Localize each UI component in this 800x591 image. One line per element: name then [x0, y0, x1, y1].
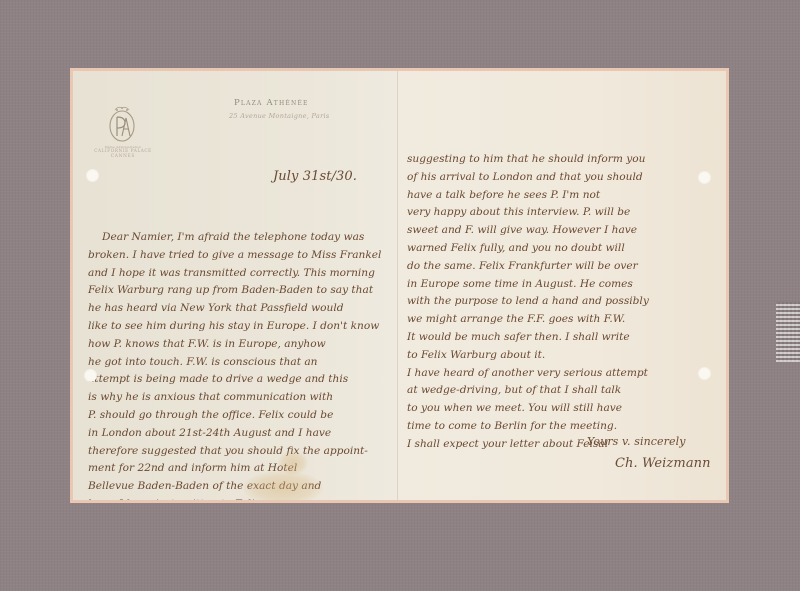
- letter-page-right: suggesting to him that he should inform …: [397, 71, 726, 500]
- handwritten-line: in London about 21st-24th August and I h…: [88, 425, 381, 443]
- letterhead-hotel-name: Plaza Athénée: [234, 98, 309, 108]
- handwritten-line: broken. I have tried to give a message t…: [88, 247, 381, 265]
- handwritten-line: to you when we meet. You will still have: [407, 400, 649, 418]
- handwritten-line: Bellevue Baden-Baden of the exact day an…: [88, 478, 381, 496]
- handwritten-line: do the same. Felix Frankfurter will be o…: [407, 258, 649, 276]
- handwritten-line: suggesting to him that he should inform …: [407, 151, 649, 169]
- handwritten-line: very happy about this interview. P. will…: [407, 204, 649, 222]
- handwritten-line: at wedge-driving, but of that I shall ta…: [407, 382, 649, 400]
- monogram-icon: [105, 104, 139, 144]
- letter-body-right: suggesting to him that he should inform …: [407, 151, 649, 454]
- punch-hole: [86, 169, 99, 182]
- water-stain: [278, 451, 308, 475]
- handwritten-line: he has heard via New York that Passfield…: [88, 300, 381, 318]
- handwritten-line: Felix Warburg rang up from Baden-Baden t…: [88, 282, 381, 300]
- handwritten-line: I have heard of another very serious att…: [407, 365, 649, 383]
- punch-hole: [84, 369, 97, 382]
- handwritten-line: hour. I have just written to Felix: [88, 496, 381, 500]
- handwritten-line: sweet and F. will give way. However I ha…: [407, 222, 649, 240]
- letter-signature: Ch. Weizmann: [615, 456, 711, 471]
- handwritten-line: Dear Namier, I'm afraid the telephone to…: [102, 229, 395, 247]
- handwritten-line: to Felix Warburg about it.: [407, 347, 649, 365]
- sister-hotel-block: Même Administration CALIFORNIE PALACE CA…: [93, 146, 153, 159]
- punch-hole: [698, 171, 711, 184]
- letterhead-address: 25 Avenue Montaigne, Paris: [229, 112, 330, 120]
- sister-hotel-city: CANNES: [93, 154, 153, 159]
- handwritten-line: therefore suggested that you should fix …: [88, 443, 381, 461]
- water-stain: [243, 471, 323, 500]
- letter-page-left: Même Administration CALIFORNIE PALACE CA…: [73, 71, 397, 500]
- handwritten-line: P. should go through the office. Felix c…: [88, 407, 381, 425]
- handwritten-line: like to see him during his stay in Europ…: [88, 318, 381, 336]
- letter-sheet: Même Administration CALIFORNIE PALACE CA…: [73, 71, 726, 500]
- handwritten-line: It would be much safer then. I shall wri…: [407, 329, 649, 347]
- punch-hole: [698, 367, 711, 380]
- letter-date: July 31st/30.: [273, 169, 357, 184]
- page-fold-line: [397, 71, 398, 500]
- letter-body-left: Dear Namier, I'm afraid the telephone to…: [88, 229, 381, 500]
- handwritten-line: we might arrange the F.F. goes with F.W.: [407, 311, 649, 329]
- handwritten-line: have a talk before he sees P. I'm not: [407, 187, 649, 205]
- archival-tape: [776, 302, 800, 362]
- handwritten-line: with the purpose to lend a hand and poss…: [407, 293, 649, 311]
- handwritten-line: is why he is anxious that communication …: [88, 389, 381, 407]
- handwritten-line: time to come to Berlin for the meeting.: [407, 418, 649, 436]
- handwritten-line: in Europe some time in August. He comes: [407, 276, 649, 294]
- handwritten-line: how P. knows that F.W. is in Europe, any…: [88, 336, 381, 354]
- letter-closing: Yours v. sincerely: [587, 435, 686, 448]
- handwritten-line: of his arrival to London and that you sh…: [407, 169, 649, 187]
- handwritten-line: and I hope it was transmitted correctly.…: [88, 265, 381, 283]
- handwritten-line: attempt is being made to drive a wedge a…: [88, 371, 381, 389]
- handwritten-line: ment for 22nd and inform him at Hotel: [88, 460, 381, 478]
- handwritten-line: he got into touch. F.W. is conscious tha…: [88, 354, 381, 372]
- handwritten-line: warned Felix fully, and you no doubt wil…: [407, 240, 649, 258]
